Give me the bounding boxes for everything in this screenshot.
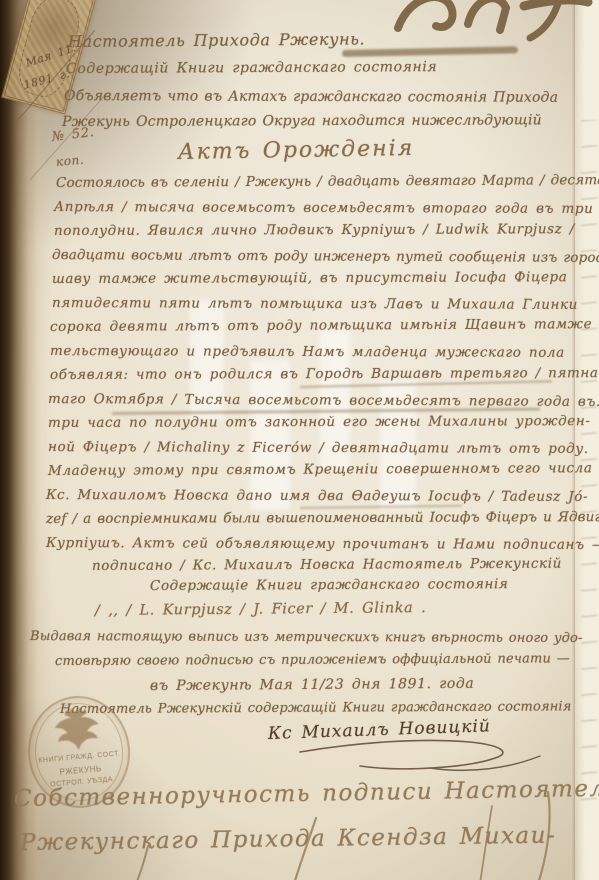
rector-signature: Кс Михаилъ Новицкій bbox=[268, 718, 491, 743]
header-line: Настоятель Прихода Ржекунь. bbox=[68, 31, 365, 50]
body-line: сорока девяти лѣтъ отъ роду помѣщика имѣ… bbox=[50, 318, 599, 335]
date-line: въ Ржекунѣ Мая 11/23 дня 1891. года bbox=[150, 677, 474, 693]
body-line: двадцати восьми лѣтъ отъ роду инженеръ п… bbox=[52, 249, 599, 266]
header-line: Содержащій Книги гражданскаго состоянія bbox=[66, 60, 437, 76]
keeper-line: Содержащіе Книги гражданскаго состоянія bbox=[150, 578, 509, 593]
act-title: Актъ Орожденія bbox=[178, 138, 415, 164]
verification-note-line: Ржекунскаго Прихода Ксендза Михаи- bbox=[20, 825, 557, 855]
body-line: тельствующаго и предъявилъ Намъ младенца… bbox=[50, 345, 565, 360]
body-line: пятидесяти пяти лѣтъ помѣщика изъ Лавъ и… bbox=[52, 297, 578, 312]
double-headed-eagle-icon bbox=[51, 704, 103, 752]
body-line: zef / а воспріемниками были вышепоименов… bbox=[46, 511, 599, 526]
body-line: три часа по полудни отъ законной его жен… bbox=[48, 415, 591, 430]
body-line: Младенцу этому при святомъ Крещеніи сове… bbox=[48, 462, 593, 478]
ink-smudge-underline bbox=[342, 46, 518, 57]
body-line: шаву тамже жительствующій, въ присутстві… bbox=[52, 271, 567, 286]
body-line: подписано / Кс. Михаилъ Новска Настоятел… bbox=[92, 558, 562, 574]
header-line: Ржекунь Остроленцкаго Округа находится н… bbox=[62, 113, 542, 129]
margin-kop-note: коп. bbox=[55, 154, 84, 168]
body-line: Апрѣля / тысяча восемьсотъ восемьдесятъ … bbox=[54, 201, 599, 217]
certification-line: стовѣряю своею подписью съ приложеніемъ … bbox=[55, 652, 570, 668]
header-line: Объявляетъ что въ Актахъ гражданскаго со… bbox=[64, 89, 558, 105]
body-line: Курпіушъ. Актъ сей объявляющему прочитан… bbox=[46, 537, 599, 552]
body-line: Состоялось въ селеніи / Ржекунь / двадца… bbox=[56, 174, 599, 190]
certification-line: Выдавая настоящую выпись изъ метрических… bbox=[30, 630, 583, 645]
signatures-line: / ,, / L. Kurpjusz / J. Ficer / M. Glink… bbox=[95, 601, 426, 618]
body-line: Кс. Михаиломъ Новска дано имя два Ѳадеуш… bbox=[46, 489, 588, 504]
body-line: пополудни. Явился лично Людвикъ Курпіушъ… bbox=[54, 223, 575, 238]
document-page: Мая 11. 1891 г. № 52. коп. Настоятель Пр… bbox=[0, 0, 599, 880]
body-line: ной Фіцеръ / Michaliny z Ficerów / девят… bbox=[48, 441, 589, 456]
rector-line: Настоятель Ржекунскій содержащій Книги г… bbox=[60, 700, 572, 716]
